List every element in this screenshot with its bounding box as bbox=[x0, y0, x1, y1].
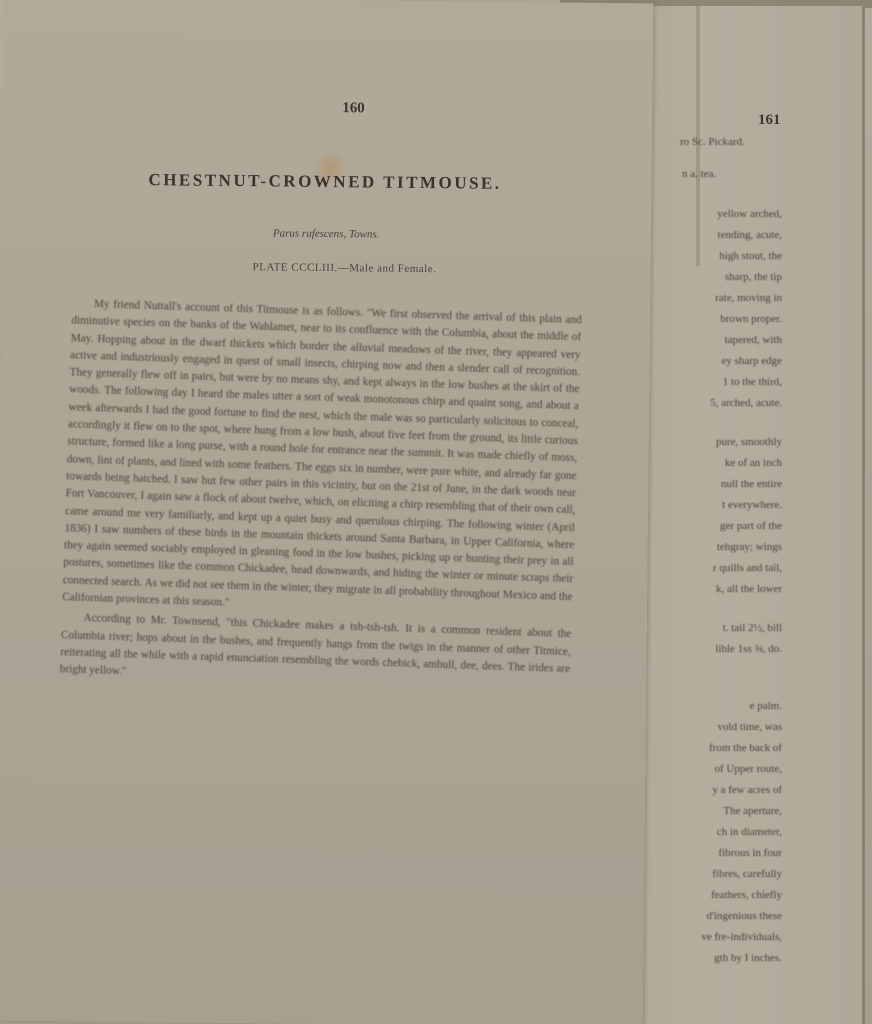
right-page-line: feathers, chiefly bbox=[632, 885, 782, 906]
plate-caption: PLATE CCCLIII.—Male and Female. bbox=[252, 261, 436, 275]
right-page-line: brown proper. bbox=[632, 309, 782, 330]
right-page-gap bbox=[632, 600, 782, 618]
body-paragraph-2: According to Mr. Townsend, "this Chickad… bbox=[60, 610, 572, 696]
right-page-line: 5, arched, acute. bbox=[632, 393, 782, 414]
right-page-line: ger part of the bbox=[632, 516, 782, 537]
right-page-line: The aperture, bbox=[632, 801, 782, 822]
right-page-line: of Upper route, bbox=[632, 759, 782, 780]
right-page-line: null the entire bbox=[632, 474, 782, 495]
right-page-line: tending, acute, bbox=[632, 225, 782, 246]
right-page-line: tehgray; wings bbox=[632, 537, 782, 558]
right-page-line: tapered, with bbox=[632, 330, 782, 351]
left-page: 160 CHESTNUT-CROWNED TITMOUSE. Parus ruf… bbox=[0, 0, 653, 1024]
right-page-line: ke of an inch bbox=[632, 453, 782, 474]
right-page-line: yellow arched, bbox=[632, 204, 782, 225]
right-page-line: ch in diameter, bbox=[632, 822, 782, 843]
right-page-line: lible 1ss ⅜, do. bbox=[632, 639, 782, 660]
right-page-line: rate, moving in bbox=[632, 288, 782, 309]
right-page-gap bbox=[632, 660, 782, 678]
right-page-line: y a few acres of bbox=[632, 780, 782, 801]
right-page-header-fragment: ro Sc. Pickard. bbox=[680, 136, 745, 148]
right-page-gap bbox=[632, 678, 782, 696]
right-page-text-column: yellow arched,tending, acute,high stout,… bbox=[632, 204, 782, 969]
right-page-line: d'ingenious these bbox=[632, 906, 782, 927]
right-page-line: t everywhere. bbox=[632, 495, 782, 516]
right-page-line: ey sharp edge bbox=[632, 351, 782, 372]
right-page-line: pure, smoothly bbox=[632, 432, 782, 453]
article-title: CHESTNUT-CROWNED TITMOUSE. bbox=[148, 170, 568, 194]
left-page-number: 160 bbox=[342, 100, 365, 117]
right-page-subheader-fragment: n a. tea. bbox=[682, 168, 716, 180]
right-page-line: gth by I inches. bbox=[632, 948, 782, 969]
right-page-line: fibres, carefully bbox=[632, 864, 782, 885]
right-page-line: ve fre-individuals, bbox=[632, 927, 782, 948]
right-page-line: e palm. bbox=[632, 696, 782, 717]
right-page-line: 1 to the third, bbox=[632, 372, 782, 393]
latin-name: Parus rufescens, Towns. bbox=[273, 227, 380, 240]
right-page-line: from the back of bbox=[632, 738, 782, 759]
right-page-line: t. tail 2½, bill bbox=[632, 618, 782, 639]
article-body: My friend Nuttall's account of this Titm… bbox=[59, 295, 582, 698]
right-page-line: k, all the lower bbox=[632, 579, 782, 600]
right-page-number: 161 bbox=[758, 112, 781, 129]
right-page-line: r quills and tail, bbox=[632, 558, 782, 579]
right-page-line: sharp, the tip bbox=[632, 267, 782, 288]
body-paragraph-1: My friend Nuttall's account of this Titm… bbox=[62, 295, 582, 623]
right-page-line: vold time, was bbox=[632, 717, 782, 738]
right-page-line: fibrous in four bbox=[632, 843, 782, 864]
right-page-gap bbox=[632, 414, 782, 432]
right-page-line: high stout, the bbox=[632, 246, 782, 267]
